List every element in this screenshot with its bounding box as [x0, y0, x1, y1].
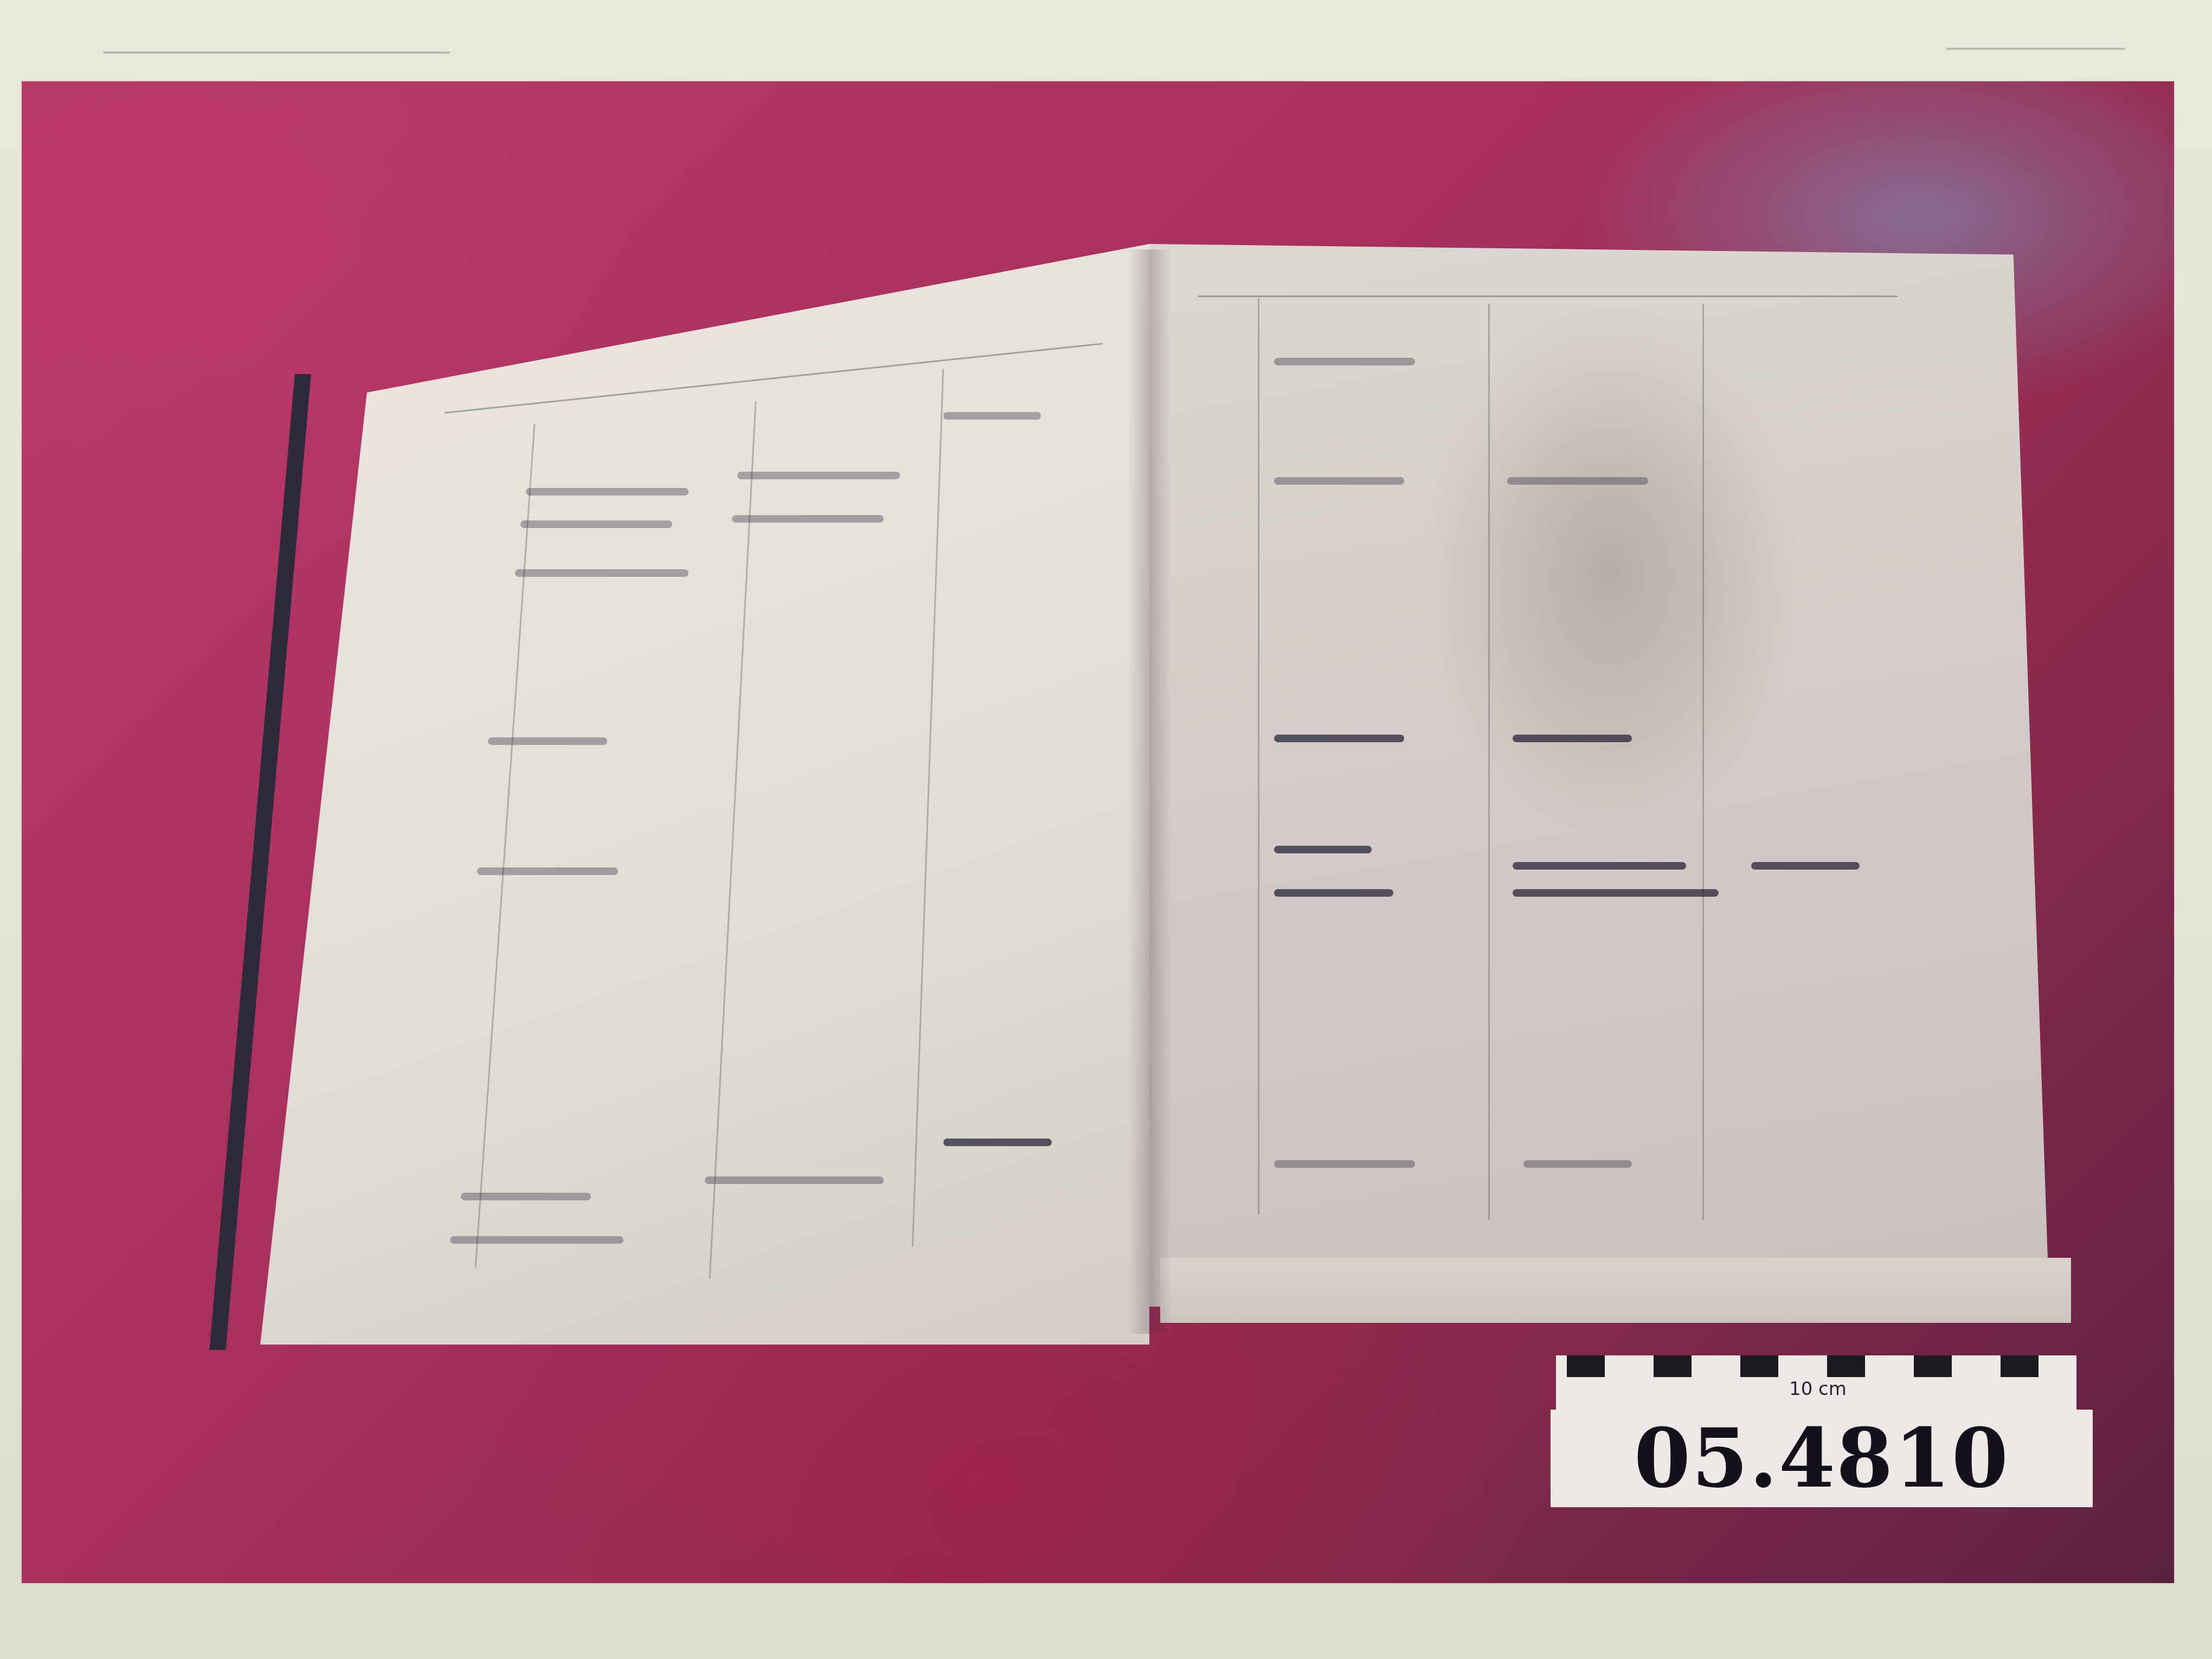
- page-block-edge: [1160, 1258, 2071, 1323]
- scale-bar: 10 cm: [1556, 1355, 2076, 1415]
- accession-number: 05.4810: [1634, 1411, 2009, 1506]
- scale-segment: [1654, 1355, 1692, 1377]
- book-spine: [1128, 249, 1171, 1334]
- right-page-header-rule: [1198, 295, 1898, 297]
- scale-segment: [1827, 1355, 1865, 1377]
- right-page: [1149, 244, 2049, 1307]
- scale-segment: [1740, 1355, 1778, 1377]
- print-edge-line-right: [1946, 48, 2125, 50]
- scale-segment: [1567, 1355, 1605, 1377]
- right-page-column-rule: [1488, 304, 1490, 1220]
- scale-label: 10 cm: [1789, 1378, 1847, 1400]
- accession-label: 05.4810: [1551, 1410, 2093, 1507]
- right-page-column-rule: [1258, 298, 1259, 1214]
- right-page-column-rule: [1702, 304, 1704, 1220]
- scale-segment: [1914, 1355, 1952, 1377]
- print-edge-line-left: [103, 52, 450, 54]
- scale-segment: [2001, 1355, 2039, 1377]
